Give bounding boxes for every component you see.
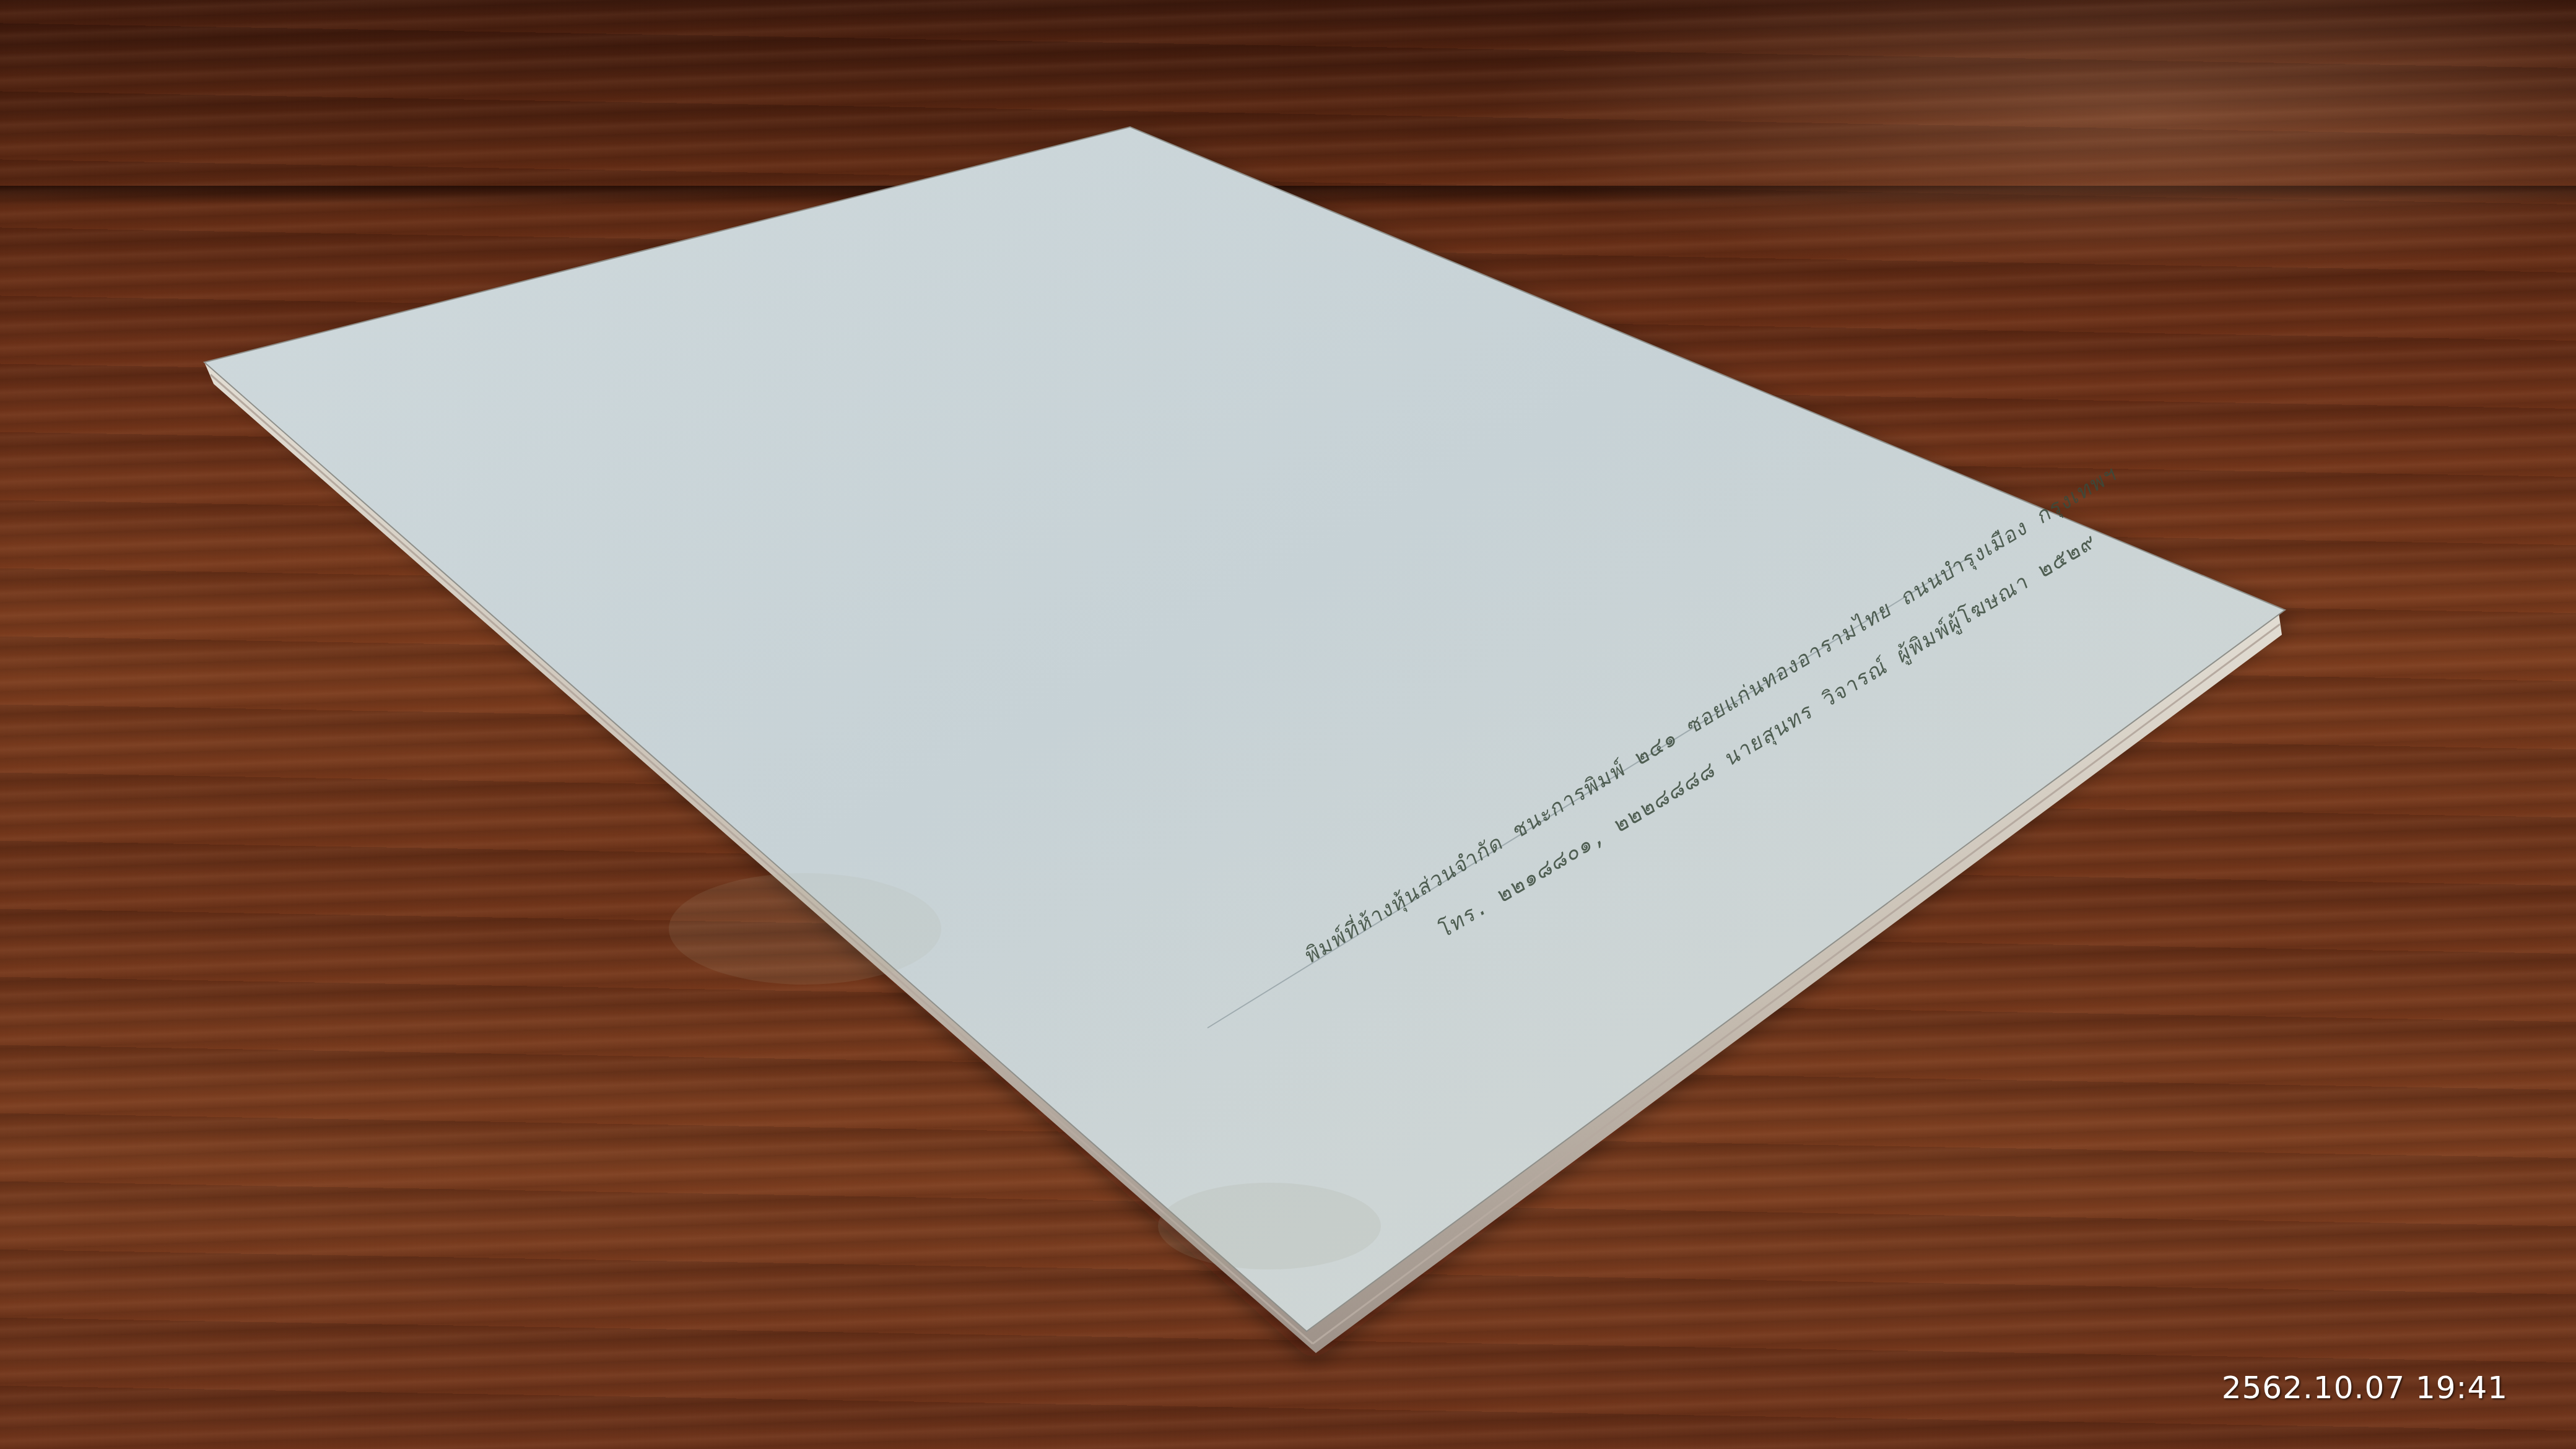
back-cover [204, 127, 2285, 1331]
cover-stain [669, 873, 941, 985]
book [0, 0, 2576, 1449]
cover-stain [1158, 1183, 1381, 1269]
photo-scene: พิมพ์ที่ห้างหุ้นส่วนจำกัด ชนะการพิมพ์ ๒๔… [0, 0, 2576, 1449]
camera-timestamp: 2562.10.07 19:41 [2222, 1370, 2508, 1406]
